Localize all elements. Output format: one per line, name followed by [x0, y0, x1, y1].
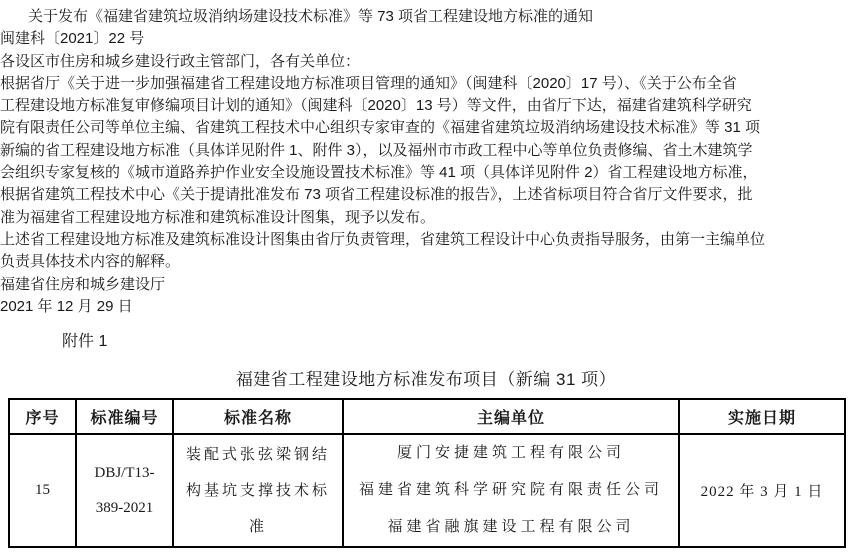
body-line-8: 上述省工程建设地方标准及建筑标准设计图集由省厅负责管理，省建筑工程设计中心负责指… — [0, 229, 852, 251]
standard-name-line-3: 准 — [174, 509, 342, 545]
header-standard-code: 标准编号 — [76, 399, 173, 434]
cell-standard-name: 装配式张弦梁钢结 构基坑支撑技术标 准 — [173, 434, 343, 547]
cell-implementation-date: 2022 年 3 月 1 日 — [679, 434, 845, 547]
cell-chief-editor-units: 厦门安捷建筑工程有限公司 福建省建筑科学研究院有限责任公司 福建省融旗建设工程有… — [343, 434, 679, 547]
header-implementation-date: 实施日期 — [679, 399, 845, 434]
header-chief-editor-unit: 主编单位 — [343, 399, 679, 434]
body-line-7: 准为福建省工程建设地方标准和建筑标准设计图集，现予以发布。 — [0, 207, 852, 229]
org-line-1: 厦门安捷建筑工程有限公司 — [344, 435, 678, 472]
standard-name-line-2: 构基坑支撑技术标 — [174, 473, 342, 509]
body-line-3: 院有限责任公司等单位主编、省建筑工程技术中心组织专家审查的《福建省建筑垃圾消纳场… — [0, 117, 852, 139]
attachment-label: 附件 1 — [62, 332, 852, 352]
standard-code-line-1: DBJ/T13- — [77, 456, 172, 491]
standard-code-line-2: 389-2021 — [77, 491, 172, 526]
standards-table: 序号 标准编号 标准名称 主编单位 实施日期 15 DBJ/T13- 389-2… — [8, 398, 846, 548]
header-serial: 序号 — [9, 399, 76, 434]
body-line-2: 工程建设地方标准复审修编项目计划的通知》（闽建科〔2020〕13 号）等文件，由… — [0, 95, 852, 117]
body-line-6: 根据省建筑工程技术中心《关于提请批准发布 73 项省工程建设标准的报告》，上述省… — [0, 184, 852, 206]
standard-name-line-1: 装配式张弦梁钢结 — [174, 437, 342, 473]
header-standard-name: 标准名称 — [173, 399, 343, 434]
table-row: 15 DBJ/T13- 389-2021 装配式张弦梁钢结 构基坑支撑技术标 准… — [9, 434, 845, 547]
org-line-2: 福建省建筑科学研究院有限责任公司 — [344, 472, 678, 509]
body-line-4: 新编的省工程建设地方标准（具体详见附件 1、附件 3），以及福州市市政工程中心等… — [0, 140, 852, 162]
issue-date-line: 2021 年 12 月 29 日 — [0, 296, 852, 318]
table-title: 福建省工程建设地方标准发布项目（新编 31 项） — [0, 365, 852, 390]
notice-title: 关于发布《福建省建筑垃圾消纳场建设技术标准》等 73 项省工程建设地方标准的通知 — [0, 6, 852, 28]
cell-serial: 15 — [9, 434, 76, 547]
body-line-5: 会组织专家复核的《城市道路养护作业安全设施设置技术标准》等 41 项（具体详见附… — [0, 162, 852, 184]
body-line-9: 负责具体技术内容的解释。 — [0, 251, 852, 273]
notice-document: 关于发布《福建省建筑垃圾消纳场建设技术标准》等 73 项省工程建设地方标准的通知… — [0, 0, 852, 318]
doc-number: 闽建科〔2021〕22 号 — [0, 28, 852, 50]
table-header-row: 序号 标准编号 标准名称 主编单位 实施日期 — [9, 399, 845, 434]
cell-standard-code: DBJ/T13- 389-2021 — [76, 434, 173, 547]
org-line-3: 福建省融旗建设工程有限公司 — [344, 509, 678, 546]
body-line-1: 根据省厅《关于进一步加强福建省工程建设地方标准项目管理的通知》（闽建科〔2020… — [0, 73, 852, 95]
issuer-line: 福建省住房和城乡建设厅 — [0, 274, 852, 296]
salutation-line: 各设区市住房和城乡建设行政主管部门，各有关单位： — [0, 51, 852, 73]
